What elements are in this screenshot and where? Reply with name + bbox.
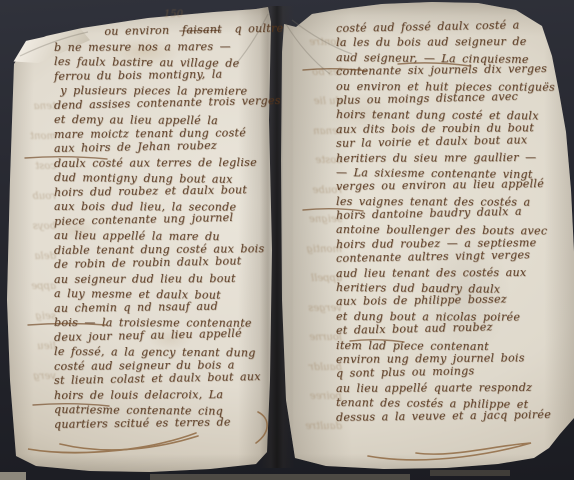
- handwritten-line: de robin de roubin daulx bout: [54, 254, 268, 273]
- handwritten-line: hoirs de louis delacroix, La: [54, 387, 268, 403]
- handwritten-line: st lieuin colast et daulx bout aux: [54, 370, 268, 389]
- handwritten-line: b ne mesure nos a mares —: [54, 39, 268, 55]
- bleedthrough-line: roube: [288, 176, 342, 206]
- handwritten-line: daulx costé aux terres de leglise: [54, 155, 268, 171]
- bleedthrough-line: poiree: [288, 382, 342, 412]
- handwritten-line: aux bois de philippe bossez: [336, 292, 572, 310]
- bleedthrough-line: du lie: [288, 87, 342, 117]
- bleedthrough-line: tena: [12, 92, 56, 122]
- bleedthrough-line: roub: [12, 182, 56, 212]
- handwritten-line: ou environ f̶a̶i̶s̶a̶n̶t̶ q oultre: [54, 22, 268, 41]
- handwritten-line: sur la voirie et daulx bout aux: [336, 133, 572, 152]
- handwritten-line: contenante six journels dix verges: [336, 62, 572, 80]
- bleedthrough-line: verg: [12, 362, 56, 392]
- bleedthrough-line: verges: [288, 294, 342, 324]
- handwritten-line: au chemin q nd nsauf aud: [54, 299, 268, 316]
- bleedthrough-line: mont: [12, 122, 56, 152]
- folio-number: 150: [164, 9, 183, 20]
- left-page-text: ou environ f̶a̶i̶s̶a̶n̶t̶ q oultreb ne m…: [54, 26, 268, 432]
- under-page-edge: [150, 474, 410, 480]
- bleedthrough-line: seig: [12, 302, 56, 332]
- bleedthrough-line: seigne: [288, 205, 342, 235]
- handwritten-line: aud lieu tenant des costés aux: [336, 265, 572, 281]
- bleedthrough-line: appe: [12, 272, 56, 302]
- bleedthrough-line: appell: [288, 264, 342, 294]
- bleedthrough-line: les bo: [288, 58, 342, 88]
- left-margin-bleedthrough: tenamontcostroubboysdelaappeseiglieuverg: [12, 92, 56, 392]
- handwritten-line: la les du bois aud seigneur de: [336, 35, 572, 51]
- handwritten-line: heritiers du sieu mre gaullier —: [336, 150, 572, 166]
- bleedthrough-line: coste: [288, 146, 342, 176]
- handwritten-line: au lieu appellé quarte respondz: [336, 381, 572, 397]
- handwritten-line: contenante aultres vingt verges: [336, 248, 572, 267]
- bleedthrough-line: tenan: [288, 117, 342, 147]
- handwritten-line: dessus a la veuve et a jacq poirée: [336, 407, 572, 425]
- handwritten-line: verges ou environ au lieu appellé: [336, 177, 572, 195]
- handwritten-line: ferrou du bois montigny, la: [54, 67, 268, 84]
- handwritten-line: au seigneur dud lieu du bout: [54, 271, 268, 287]
- bleedthrough-line: cost: [12, 152, 56, 182]
- handwritten-line: q sont plus ou moings: [336, 363, 572, 382]
- handwritten-line: quartiers scitué es terres de: [54, 415, 268, 432]
- under-page-edge: [0, 472, 26, 480]
- under-page-edge: [430, 470, 510, 476]
- bleedthrough-line: bauldr: [288, 353, 342, 383]
- bleedthrough-line: lieu: [12, 332, 56, 362]
- bleedthrough-line: dela: [12, 242, 56, 272]
- bleedthrough-line: daultre: [288, 412, 342, 442]
- bleedthrough-line: journe: [288, 323, 342, 353]
- handwritten-line: hoirs dud roubez et daulx bout: [54, 183, 268, 200]
- manuscript-photo: tenamontcostroubboysdelaappeseiglieuverg…: [0, 0, 574, 480]
- right-page-text: costé aud fossé daulx costé ala les du b…: [336, 22, 572, 425]
- right-margin-bleedthrough: contreles bodu lietenancosteroubeseignem…: [288, 28, 342, 441]
- handwritten-line: aux hoirs de Jehan roubez: [54, 138, 268, 157]
- bleedthrough-line: boys: [12, 212, 56, 242]
- bleedthrough-line: montig: [288, 235, 342, 265]
- bleedthrough-line: contre: [288, 28, 342, 58]
